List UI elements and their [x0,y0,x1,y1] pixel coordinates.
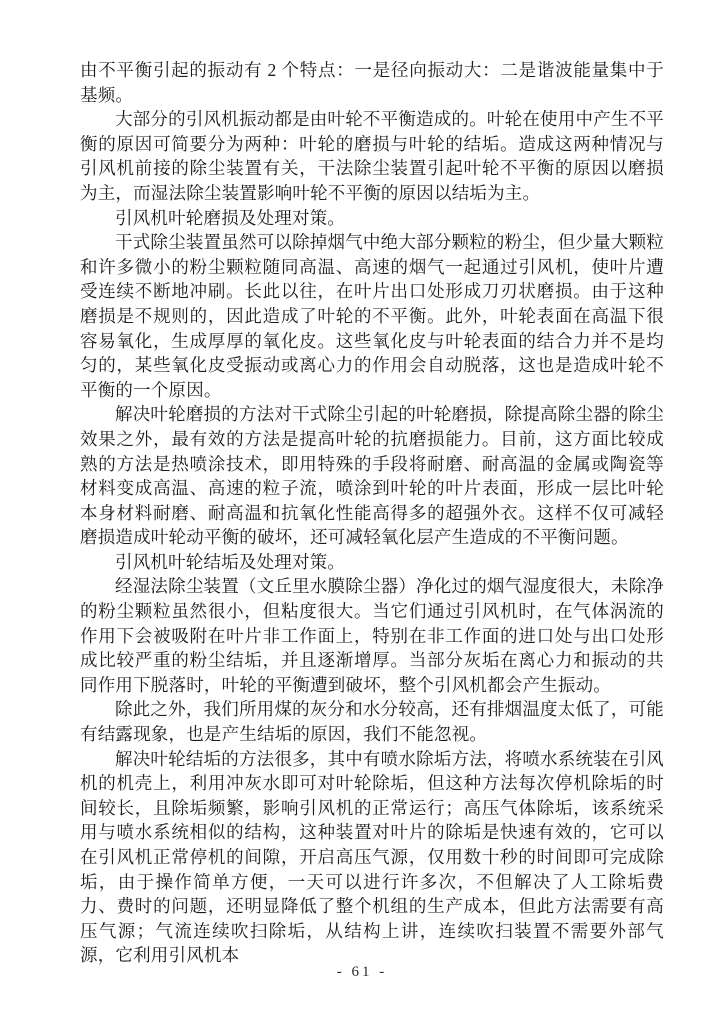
page-body-text: 由不平衡引起的振动有 2 个特点：一是径向振动大：二是谐波能量集中于基频。 大部… [80,58,664,968]
section-heading-impeller-fouling: 引风机叶轮结垢及处理对策。 [80,550,664,575]
paragraph: 大部分的引风机振动都是由叶轮不平衡造成的。叶轮在使用中产生不平衡的原因可简要分为… [80,107,664,205]
page-number: - 61 - [0,964,724,981]
paragraph: 除此之外，我们所用煤的灰分和水分较高，还有排烟温度太低了，可能有结露现象，也是产… [80,697,664,746]
document-page: 由不平衡引起的振动有 2 个特点：一是径向振动大：二是谐波能量集中于基频。 大部… [0,0,724,1024]
paragraph: 经湿法除尘装置（文丘里水膜除尘器）净化过的烟气湿度很大，未除净的粉尘颗粒虽然很小… [80,574,664,697]
paragraph: 解决叶轮结垢的方法很多，其中有喷水除垢方法，将喷水系统装在引风机的机壳上，利用冲… [80,747,664,968]
paragraph: 干式除尘装置虽然可以除掉烟气中绝大部分颗粒的粉尘，但少量大颗粒和许多微小的粉尘颗… [80,230,664,402]
paragraph: 由不平衡引起的振动有 2 个特点：一是径向振动大：二是谐波能量集中于基频。 [80,58,664,107]
paragraph: 解决叶轮磨损的方法对干式除尘引起的叶轮磨损，除提高除尘器的除尘效果之外，最有效的… [80,402,664,550]
section-heading-impeller-wear: 引风机叶轮磨损及处理对策。 [80,206,664,231]
